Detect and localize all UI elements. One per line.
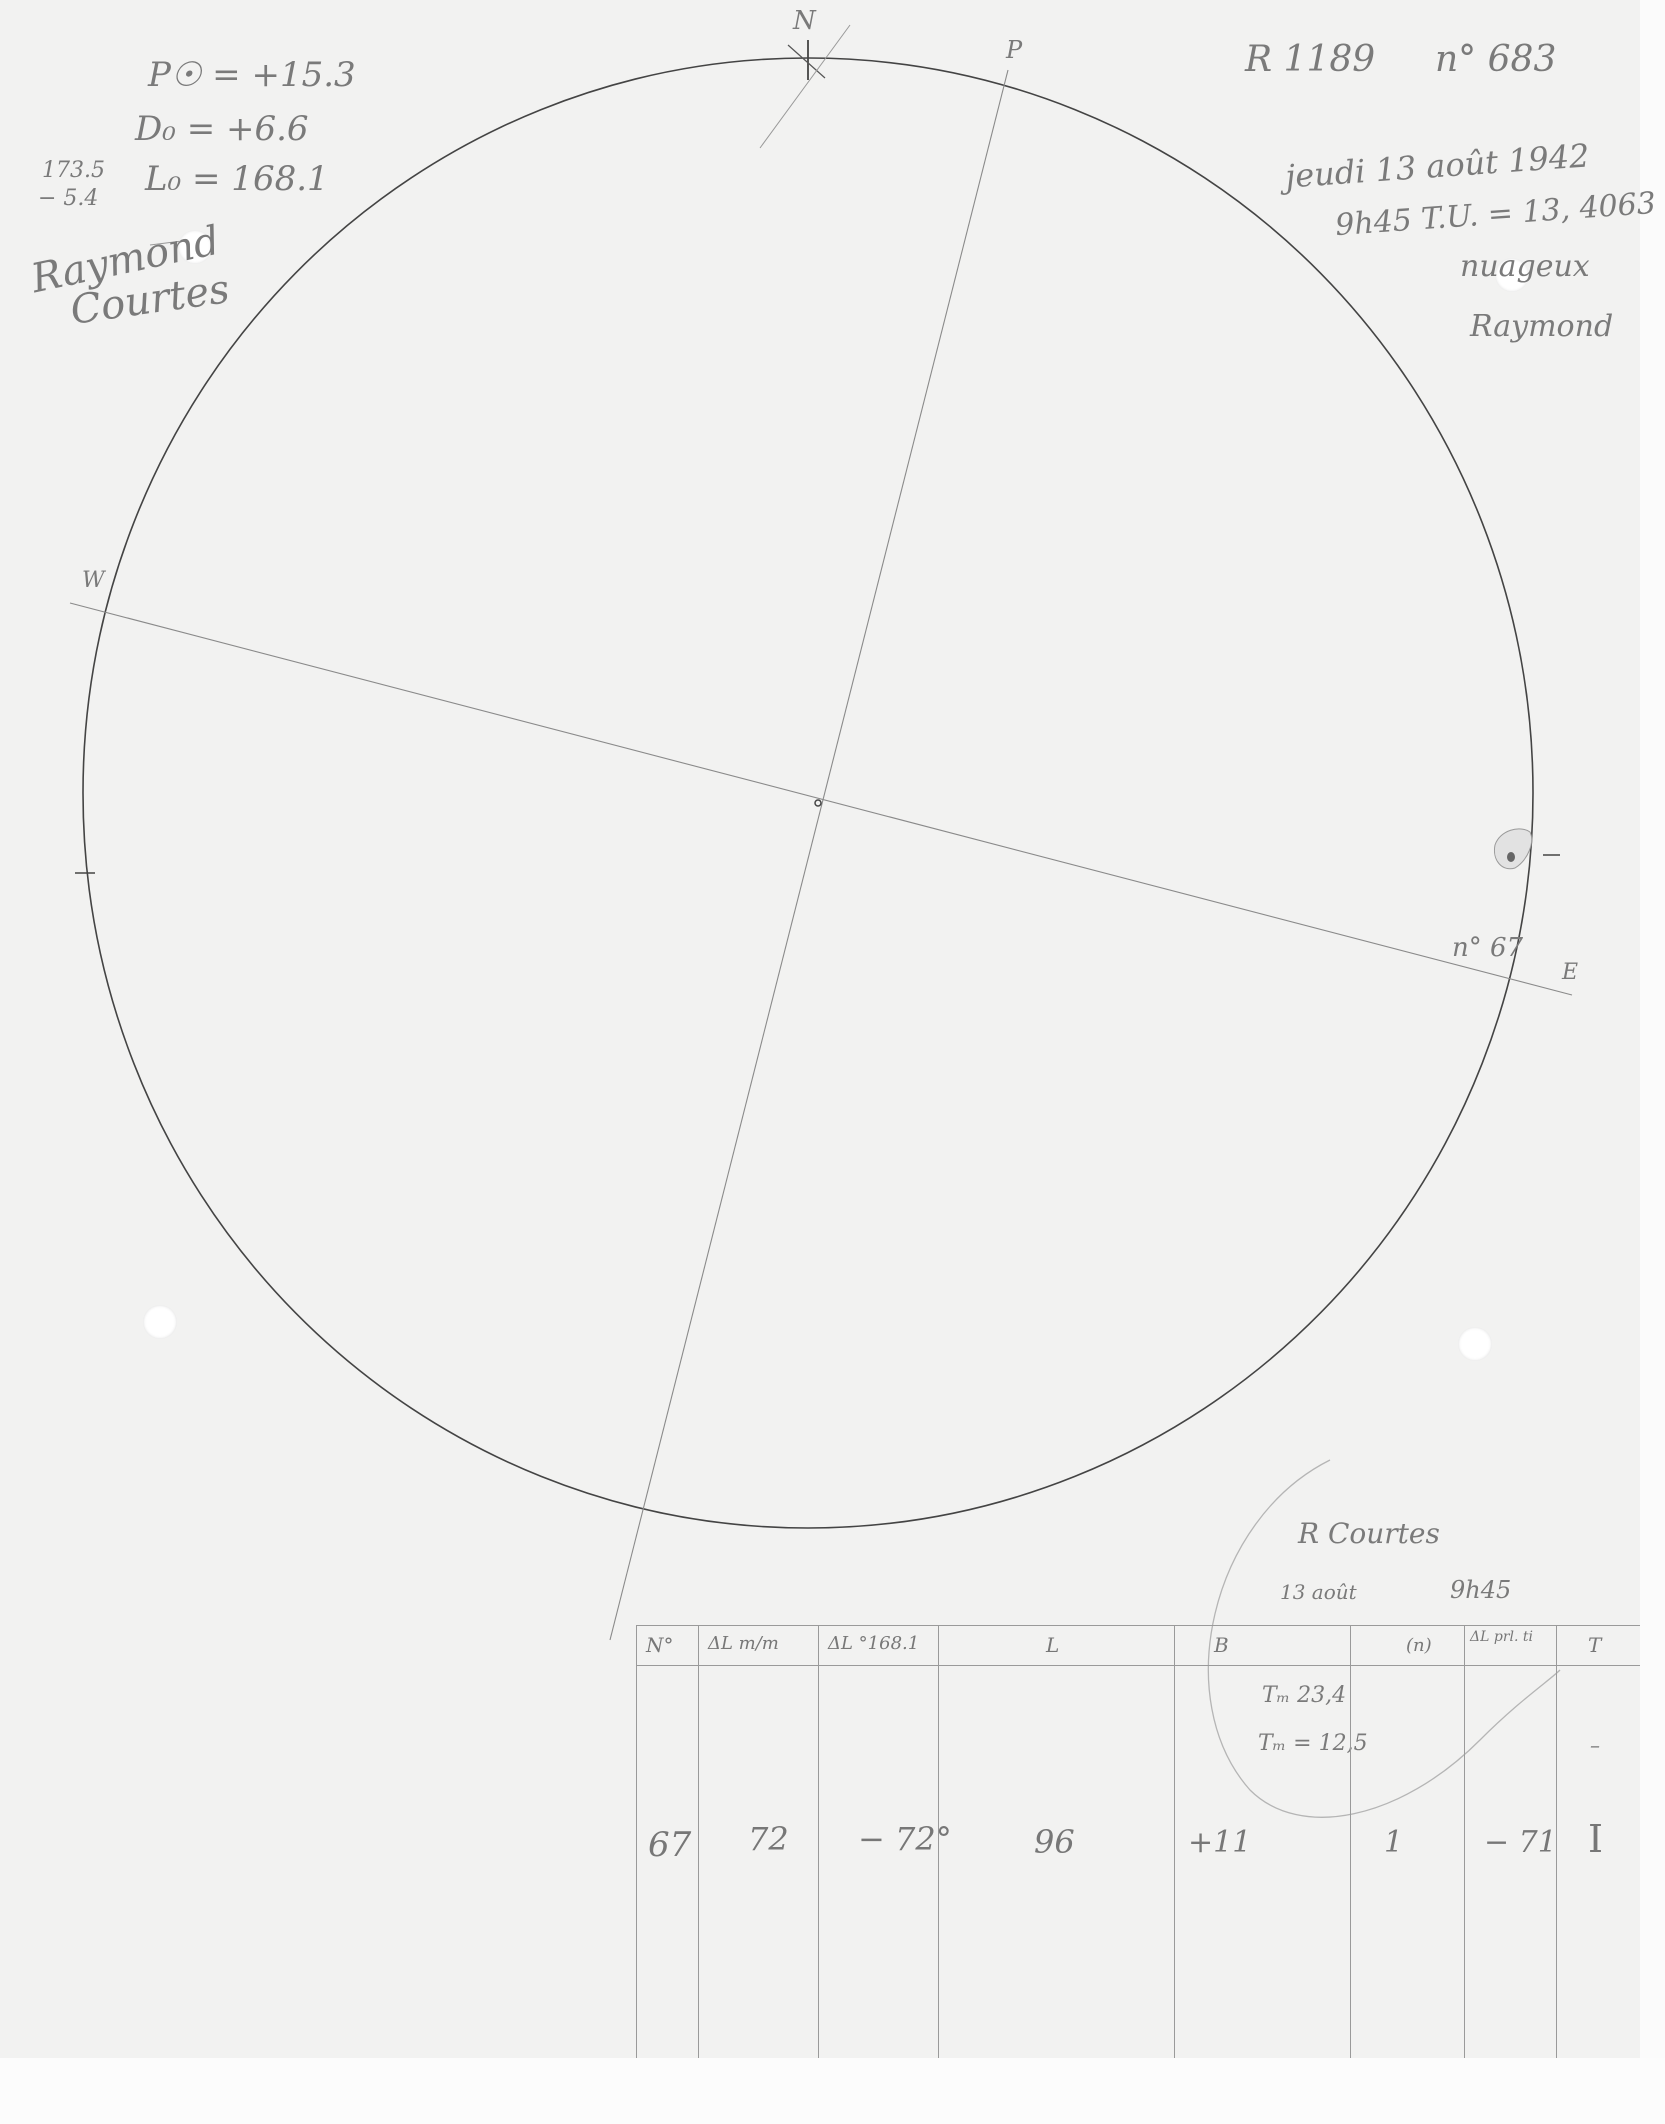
ephemeris-l: L₀ = 168.1: [145, 162, 329, 196]
disk-center-mark: [815, 800, 821, 806]
punch-hole: [143, 1305, 177, 1339]
col-header-number: N°: [646, 1633, 674, 1657]
sunspot-67: [1494, 829, 1531, 869]
cell-n: 1: [1384, 1825, 1403, 1860]
ephemeris-p: P☉ = +15.3: [148, 58, 356, 92]
rotation-axis-line: [610, 70, 1008, 1640]
cell-dl-deg: − 72°: [858, 1820, 952, 1858]
col-header-t: T: [1588, 1633, 1601, 1657]
pole-label: P: [1006, 38, 1022, 62]
seeing-conditions: nuageux: [1460, 252, 1590, 282]
col-header-n: (n): [1406, 1635, 1432, 1656]
drawing-number: n° 683: [1435, 42, 1556, 78]
west-label: W: [82, 570, 105, 592]
t-dash: –: [1590, 1733, 1600, 1757]
col-header-dl-mm: ΔL m/m: [708, 1633, 779, 1654]
east-west-line: [70, 603, 1572, 995]
cell-dl-mm: 72: [748, 1820, 789, 1858]
solar-disk-outline: [83, 58, 1533, 1528]
spot-label: n° 67: [1452, 935, 1523, 961]
table-time: 9h45: [1450, 1578, 1511, 1602]
table-date: 13 août: [1280, 1582, 1357, 1602]
table-observer: R Courtes: [1298, 1520, 1440, 1548]
col-header-b: B: [1214, 1633, 1229, 1657]
ephemeris-d: D₀ = +6.6: [135, 112, 309, 146]
side-note-2: − 5.4: [38, 188, 98, 210]
col-header-l: L: [1046, 1633, 1059, 1657]
cell-type: I: [1588, 1817, 1603, 1861]
col-header-dl-prl: ΔL prl. ti: [1470, 1629, 1533, 1645]
reference-number: R 1189: [1245, 42, 1375, 78]
cell-b: +11: [1188, 1825, 1251, 1860]
measurement-table: N° ΔL m/m ΔL °168.1 L B (n) ΔL prl. ti T…: [636, 1625, 1640, 2058]
cell-l: 96: [1034, 1823, 1075, 1861]
cell-number: 67: [648, 1825, 691, 1865]
east-label: E: [1562, 962, 1578, 984]
punch-hole: [1458, 1327, 1492, 1361]
side-note-1: 173.5: [42, 160, 105, 182]
north-label: N: [793, 8, 816, 34]
observer-name: Raymond: [1470, 312, 1613, 342]
cell-dl-prl: − 71: [1484, 1825, 1557, 1860]
col-header-dl-deg: ΔL °168.1: [828, 1633, 919, 1654]
